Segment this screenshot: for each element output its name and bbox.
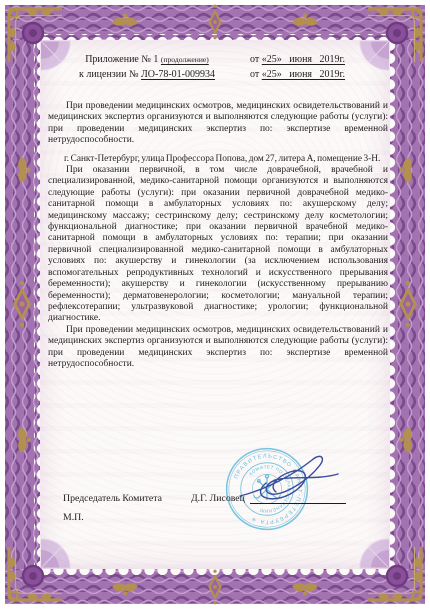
paragraph-primary-care: При оказании первичной, в том числе довр… xyxy=(48,165,388,325)
paragraph-expertise-2: При проведении медицинских осмотров, мед… xyxy=(48,325,388,371)
attachment-title: Приложение № 1 xyxy=(85,54,158,65)
date-prefix-2: от xyxy=(250,69,259,80)
date-line-1: от «25» июня 2019г. xyxy=(250,52,388,67)
license-attachment-page: Приложение № 1 (продолжение) к лицензии … xyxy=(0,0,430,609)
date-prefix-1: от xyxy=(250,54,259,65)
date-line-2: от «25» июня 2019г. xyxy=(250,67,388,82)
address-line: г. Санкт-Петербург, улица Профессора Поп… xyxy=(48,154,388,165)
attachment-continuation-note: (продолжение) xyxy=(161,55,209,64)
license-label: к лицензии № xyxy=(79,69,139,80)
paragraph-expertise-1: При проведении медицинских осмотров, мед… xyxy=(48,101,388,147)
document-header: Приложение № 1 (продолжение) к лицензии … xyxy=(58,52,388,82)
signatory-role: Председатель Комитета xyxy=(63,493,162,504)
attachment-line: Приложение № 1 (продолжение) xyxy=(58,52,236,67)
signature-line xyxy=(250,503,346,504)
attachment-block: Приложение № 1 (продолжение) к лицензии … xyxy=(58,52,236,82)
signatory-name: Д.Г. Лисовец xyxy=(191,493,245,504)
license-number: ЛО-78-01-009934 xyxy=(141,69,215,80)
seal-place-note: М.П. xyxy=(63,512,84,523)
date-value-1: «25» июня 2019г. xyxy=(262,54,345,65)
license-works-text: При проведении медицинских осмотров, мед… xyxy=(48,101,388,370)
document-body: Приложение № 1 (продолжение) к лицензии … xyxy=(0,0,430,609)
dates-block: от «25» июня 2019г. от «25» июня 2019г. xyxy=(250,52,388,82)
license-line: к лицензии № ЛО-78-01-009934 xyxy=(58,67,236,82)
date-value-2: «25» июня 2019г. xyxy=(262,69,345,80)
